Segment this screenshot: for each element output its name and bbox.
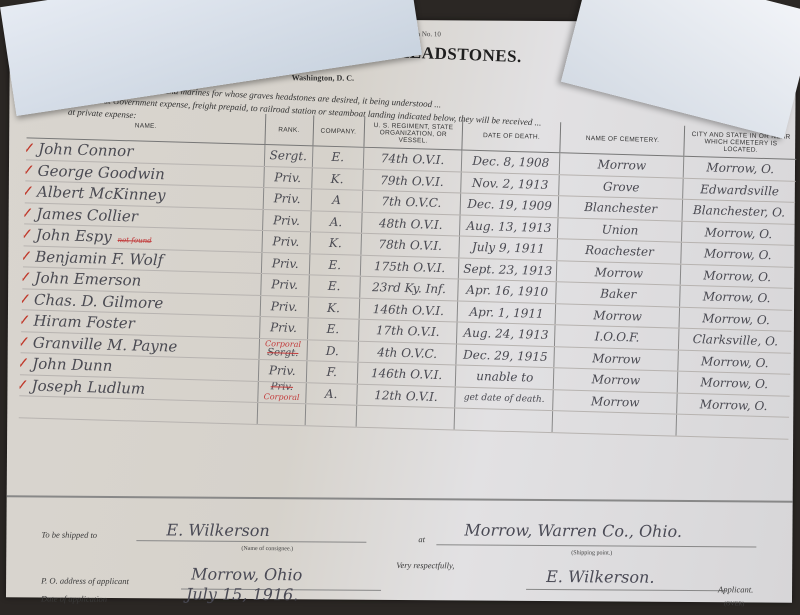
date-of-death-cell: July 9, 1911	[459, 236, 557, 260]
rank-cell: Priv.	[261, 252, 309, 275]
rank-cell: CorporalSergt.	[259, 338, 307, 361]
date-of-death-cell: get date of death.	[455, 386, 553, 410]
city-cell: Edwardsville	[683, 178, 796, 203]
company-cell: K.	[308, 296, 360, 319]
company-cell	[305, 404, 357, 427]
red-check-mark-icon: ✓	[24, 203, 34, 222]
shipped-to-label: To be shipped to	[41, 529, 97, 539]
red-check-mark-icon: ✓	[24, 224, 34, 243]
date-of-death-cell: Dec. 29, 1915	[456, 343, 554, 367]
rank-correction: Corporal	[262, 392, 301, 402]
red-check-mark-icon: ✓	[22, 267, 32, 286]
date-of-death-cell	[454, 408, 552, 432]
date-of-application-value: July 15, 1916.	[186, 585, 298, 605]
date-of-death-cell: Apr. 1, 1911	[457, 300, 555, 324]
city-cell: Blanchester, O.	[682, 199, 795, 224]
red-annotation: not found	[117, 236, 151, 245]
red-check-mark-icon: ✓	[21, 310, 31, 329]
red-check-mark-icon: ✓	[19, 375, 29, 394]
company-cell: E.	[312, 146, 364, 169]
rank-cell	[257, 402, 305, 425]
city-cell: Morrow, O.	[684, 156, 797, 181]
rank-cell: Priv.	[262, 230, 310, 253]
city-cell: Morrow, O.	[678, 350, 791, 375]
city-cell: Morrow, O.	[681, 264, 794, 289]
soldier-name: John Espy	[36, 226, 112, 246]
company-cell: E.	[307, 318, 359, 341]
company-cell: F.	[306, 361, 358, 384]
rank-cell: Sergt.	[264, 145, 312, 168]
company-cell: K.	[311, 167, 363, 190]
soldier-name: Hiram Foster	[33, 312, 135, 333]
city-cell: Morrow, O.	[682, 221, 795, 246]
consignee-caption: (Name of consignee.)	[241, 546, 293, 552]
city-cell: Clarksville, O.	[679, 328, 792, 353]
red-check-mark-icon: ✓	[23, 246, 33, 265]
shipping-point-caption: (Shipping point.)	[571, 550, 612, 556]
header-date-of-death: Date of Death.	[462, 120, 561, 153]
rank-cell: Priv.	[260, 295, 308, 318]
company-cell: D.	[307, 339, 359, 362]
red-check-mark-icon: ✓	[21, 332, 31, 351]
company-cell: A	[311, 189, 363, 212]
rank-cell: Priv.Corporal	[257, 381, 305, 404]
rank-cell: Priv.	[262, 209, 310, 232]
red-check-mark-icon: ✓	[25, 181, 35, 200]
soldier-name: Joseph Ludlum	[31, 376, 145, 397]
city-cell: Morrow, O.	[680, 285, 793, 310]
regiment-cell	[356, 405, 455, 429]
soldier-name: Benjamin F. Wolf	[35, 247, 163, 269]
company-cell: E.	[309, 253, 361, 276]
city-cell: Morrow, O.	[679, 307, 792, 332]
regiment-cell: 48th O.V.I.	[361, 212, 460, 236]
form-subtitle-location: Washington, D. C.	[292, 73, 355, 82]
red-check-mark-icon: ✓	[25, 160, 35, 179]
soldiers-table: Name. Rank. Company. U. S. Regiment, Sta…	[25, 107, 797, 423]
red-check-mark-icon: ✓	[22, 289, 32, 308]
rank-cell: Priv.	[260, 273, 308, 296]
shipping-point-value: Morrow, Warren Co., Ohio.	[464, 520, 682, 541]
date-of-death-cell: Apr. 16, 1910	[458, 279, 556, 303]
city-cell: Morrow, O.	[678, 371, 791, 396]
company-cell: K.	[310, 232, 362, 255]
regiment-cell: 4th O.V.C.	[358, 341, 457, 365]
city-cell	[676, 414, 789, 439]
rank-cell: Priv.	[263, 166, 311, 189]
regiment-cell: 146th O.V.I.	[359, 298, 458, 322]
cemetery-cell	[552, 411, 677, 436]
over-label: (OVER)	[724, 601, 744, 607]
soldier-name: John Dunn	[32, 355, 113, 375]
date-of-death-cell: Aug. 13, 1913	[460, 215, 558, 239]
date-of-death-cell: unable to	[456, 365, 554, 389]
closing-text: Very respectfully,	[396, 560, 454, 570]
red-check-mark-icon: ✓	[20, 353, 30, 372]
soldier-name: Chas. D. Gilmore	[34, 290, 164, 312]
rank-cell: Priv.	[263, 188, 311, 211]
soldier-name: Granville M. Payne	[33, 333, 178, 355]
regiment-cell: 23rd Ky. Inf.	[359, 276, 458, 300]
regiment-cell: 17th O.V.I.	[358, 319, 457, 343]
regiment-cell: 79th O.V.I.	[362, 169, 461, 193]
regiment-cell: 7th O.V.C.	[362, 190, 461, 214]
header-company: Company.	[313, 115, 365, 147]
header-regiment: U. S. Regiment, State Organization, or V…	[364, 117, 463, 150]
city-cell: Morrow, O.	[681, 242, 794, 267]
header-rank: Rank.	[265, 114, 314, 146]
shipped-to-value: E. Wilkerson	[166, 520, 269, 540]
applicant-signature: E. Wilkerson.	[546, 567, 654, 587]
struck-rank: Sergt.	[263, 348, 302, 359]
red-check-mark-icon: ✓	[26, 138, 36, 157]
soldier-name: George Goodwin	[37, 161, 165, 183]
regiment-cell: 175th O.V.I.	[360, 255, 459, 279]
date-of-death-cell: Dec. 8, 1908	[462, 150, 560, 174]
regiment-cell: 74th O.V.I.	[363, 147, 462, 171]
date-of-application-label: Date of application	[41, 593, 107, 603]
company-cell: E.	[308, 275, 360, 298]
applicant-label: Applicant.	[718, 584, 753, 594]
regiment-cell: 78th O.V.I.	[361, 233, 460, 257]
shipping-section: To be shipped to E. Wilkerson (Name of c…	[6, 495, 793, 602]
at-label: at	[418, 534, 425, 544]
soldier-name: John Emerson	[34, 269, 141, 290]
rank-cell: Priv.	[258, 359, 306, 382]
header-cemetery: Name of Cemetery.	[560, 122, 685, 156]
po-address-value: Morrow, Ohio	[191, 565, 302, 585]
company-cell: A.	[310, 210, 362, 233]
rank-cell: Priv.	[259, 316, 307, 339]
date-of-death-cell: Aug. 24, 1913	[457, 322, 555, 346]
date-of-death-cell: Dec. 19, 1909	[460, 193, 558, 217]
regiment-cell: 12th O.V.I.	[356, 384, 455, 408]
date-of-death-cell: Nov. 2, 1913	[461, 172, 559, 196]
soldier-name: John Connor	[38, 140, 134, 161]
city-cell: Morrow, O.	[677, 393, 790, 418]
regiment-cell: 146th O.V.I.	[357, 362, 456, 386]
po-address-label: P. O. address of applicant	[41, 575, 129, 586]
soldier-name: James Collier	[36, 204, 138, 225]
date-of-death-cell: Sept. 23, 1913	[459, 258, 557, 282]
soldier-name: Albert McKinney	[37, 183, 166, 205]
company-cell: A.	[305, 382, 357, 405]
headstone-application-form: Form No. 10 PLICATION FOR HEADSTONES. ..…	[6, 17, 796, 602]
